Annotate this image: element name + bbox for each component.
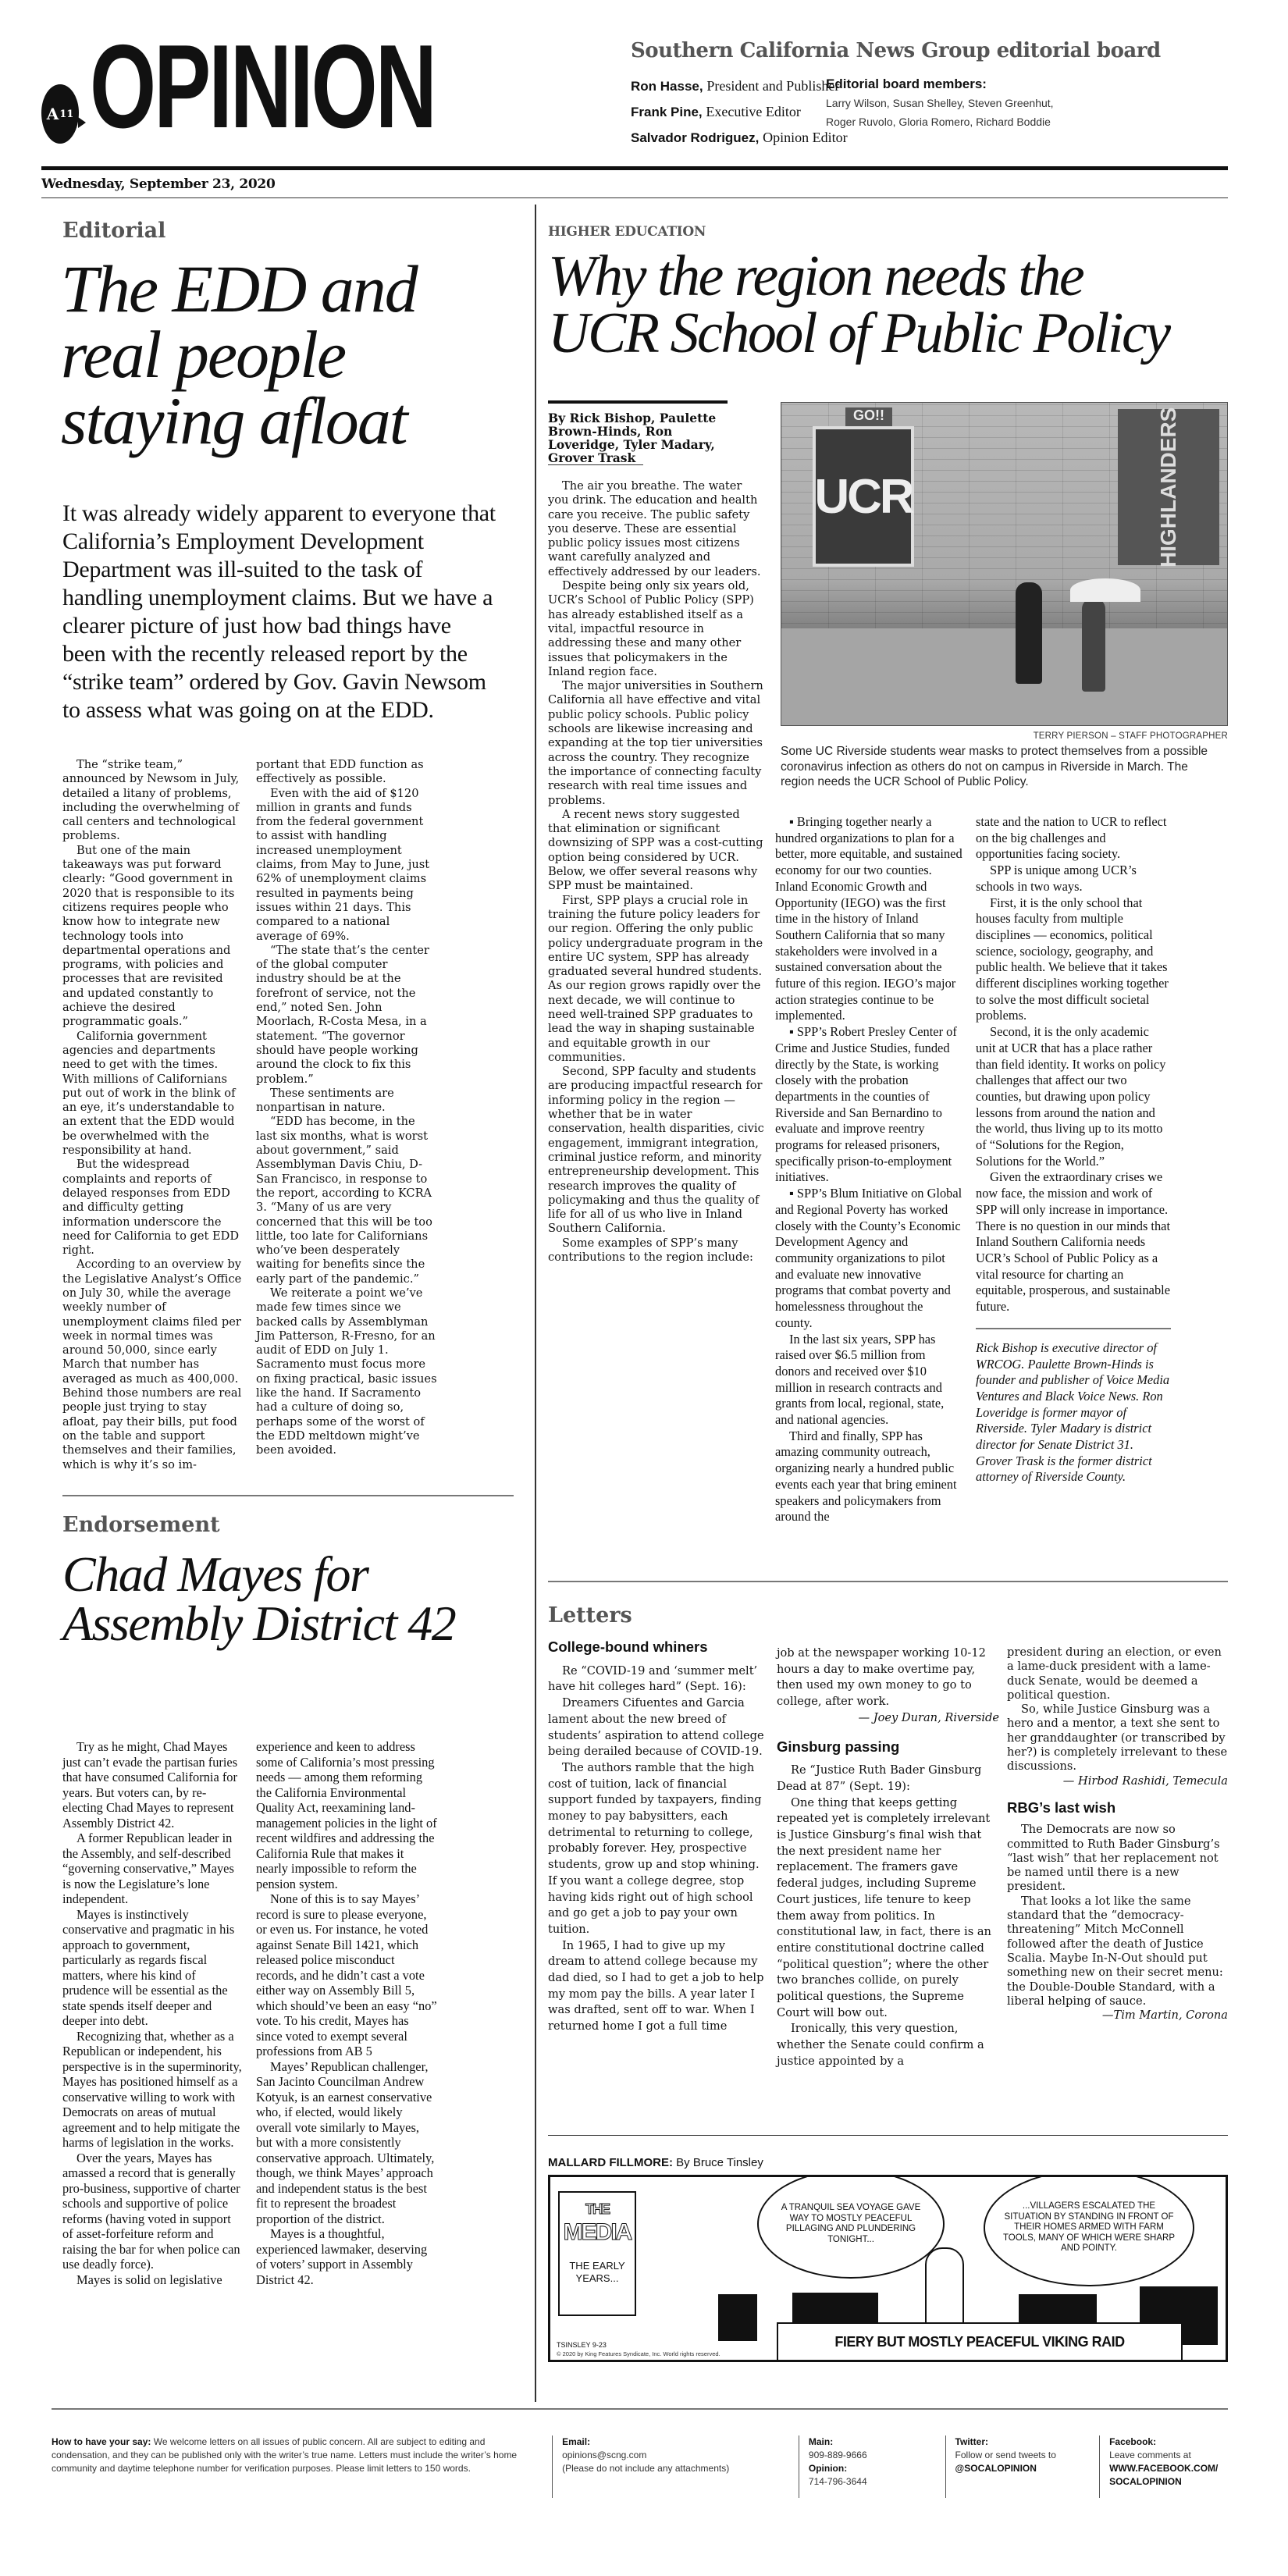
commentary-col-2: ▪ Bringing together nearly a hundred org… [775, 814, 962, 1525]
comic-rule [548, 2135, 1228, 2136]
board-heading: Southern California News Group editorial… [631, 39, 1228, 62]
footer-email: Email: opinions@scng.com (Please do not … [552, 2435, 799, 2498]
letters-col-3: president during an election, or even a … [1007, 1646, 1228, 2023]
photo-umbrella [1070, 578, 1140, 602]
commentary-headline: Why the region needs the UCR School of P… [548, 248, 1169, 361]
photo-caption: Some UC Riverside students wear masks to… [781, 744, 1218, 790]
editorial-kicker: Editorial [62, 219, 165, 243]
date-rule [41, 197, 1228, 198]
opinion-phone: 714-796-3644 [809, 2476, 867, 2487]
editorial-board: Southern California News Group editorial… [631, 39, 1228, 151]
members-list: Larry Wilson, Susan Shelley, Steven Gree… [826, 94, 1083, 131]
editorial-body: The “strike team,” announced by Newsom i… [62, 758, 509, 1472]
editorial-col-1: The “strike team,” announced by Newsom i… [62, 758, 242, 1472]
photo-sign-ucr: UCR [813, 426, 914, 567]
contact-footer: How to have your say: We welcome letters… [52, 2435, 1230, 2498]
comic-title-card: THE MEDIA THE EARLY YEARS... [558, 2191, 636, 2316]
burning-house-icon [718, 2294, 757, 2341]
staff-opinion-editor: Salvador Rodriguez, Opinion Editor [631, 125, 822, 151]
letter-headline: RBG’s last wish [1007, 1801, 1228, 1815]
footer-phones: Main: 909-889-9666 Opinion: 714-796-3644 [799, 2435, 945, 2498]
footer-rule [52, 2408, 1228, 2410]
comic-media-logo: THE MEDIA [564, 2197, 632, 2244]
byline-underline [548, 464, 643, 465]
comic-signature: TSINSLEY 9-23 [557, 2341, 607, 2349]
endorsement-col-2: experience and keen to address some of C… [256, 1739, 437, 2287]
photo-student-2 [1082, 598, 1105, 692]
comic-copyright: © 2020 by King Features Syndicate, Inc. … [557, 2350, 720, 2357]
footer-twitter: Twitter: Follow or send tweets to @SOCAL… [945, 2435, 1100, 2498]
editorial-headline: The EDD and real people staying afloat [61, 256, 417, 454]
author-bio: Rick Bishop is executive director of WRC… [976, 1340, 1171, 1485]
news-photo: GO!! UCR HIGHLANDERS [781, 402, 1228, 726]
editorial-deck: It was already widely apparent to everyo… [62, 500, 500, 724]
commentary-col-1: The air you breathe. The water you drink… [548, 479, 765, 1265]
footer-facebook: Facebook: Leave comments at WWW.FACEBOOK… [1099, 2435, 1230, 2498]
bio-rule [976, 1328, 1171, 1329]
facebook-link[interactable]: WWW.FACEBOOK.COM/ SOCALOPINION [1109, 2463, 1218, 2487]
letters-col-2: job at the newspaper working 10-12 hours… [777, 1646, 999, 2070]
letters-kicker: Letters [548, 1603, 632, 1628]
comic-label: MALLARD FILLMORE: By Bruce Tinsley [548, 2156, 763, 2169]
byline: By Rick Bishop, Paulette Brown-Hinds, Ro… [548, 411, 735, 464]
letter-headline: Ginsburg passing [777, 1739, 999, 1756]
section-rule [62, 1495, 514, 1496]
page-number-badge: A11 [41, 84, 79, 144]
staff-publisher: Ron Hasse, President and Publisher [631, 73, 822, 99]
main-phone: 909-889-9666 [809, 2449, 936, 2462]
page-letter: A [47, 105, 59, 123]
letters-col-1: College-bound whiners Re “COVID-19 and ‘… [548, 1639, 765, 2035]
page-number: 11 [59, 109, 73, 120]
board-members: Editorial board members: Larry Wilson, S… [826, 73, 1083, 151]
letter-signature: —Tim Martin, Corona [1007, 2008, 1228, 2023]
email-link[interactable]: opinions@scng.com [562, 2449, 789, 2462]
twitter-handle-link[interactable]: @SOCALOPINION [955, 2463, 1037, 2474]
section-title: OPINION [90, 28, 435, 145]
endorsement-body: Try as he might, Chad Mayes just can’t e… [62, 1739, 509, 2287]
commentary-col-3: state and the nation to UCR to reflect o… [976, 814, 1171, 1485]
speech-bubble-left: A TRANQUIL SEA VOYAGE GAVE WAY TO MOSTLY… [757, 2175, 945, 2279]
masthead: A11 OPINION Southern California News Gro… [41, 28, 1228, 169]
comic-banner: FIERY BUT MOSTLY PEACEFUL VIKING RAID [777, 2322, 1183, 2360]
endorsement-headline: Chad Mayes for Assembly District 42 [62, 1550, 455, 1648]
comic-panel: THE MEDIA THE EARLY YEARS... A TRANQUIL … [548, 2175, 1228, 2362]
byline-rule [548, 400, 728, 404]
commentary-kicker: HIGHER EDUCATION [548, 224, 706, 240]
dateline: Wednesday, September 23, 2020 [41, 176, 275, 192]
photo-banner-highlanders: HIGHLANDERS [1118, 409, 1219, 565]
letters-rule [548, 1581, 1228, 1582]
editorial-col-2: portant that EDD function as effectively… [256, 758, 437, 1472]
speech-bubble-right: ...VILLAGERS ESCALATED THE SITUATION BY … [984, 2175, 1194, 2286]
endorsement-col-1: Try as he might, Chad Mayes just can’t e… [62, 1739, 242, 2287]
letter-signature: — Hirbod Rashidi, Temecula [1007, 1774, 1228, 1788]
column-divider [535, 205, 536, 2402]
staff-list: Ron Hasse, President and Publisher Frank… [631, 73, 822, 151]
letter-headline: College-bound whiners [548, 1639, 765, 1656]
members-label: Editorial board members: [826, 76, 1083, 92]
masthead-rule [41, 166, 1228, 170]
endorsement-kicker: Endorsement [62, 1513, 220, 1537]
footer-howto: How to have your say: We welcome letters… [52, 2435, 544, 2498]
letter-signature: — Joey Duran, Riverside [777, 1710, 999, 1727]
photo-credit: TERRY PIERSON – STAFF PHOTOGRAPHER [781, 731, 1228, 741]
staff-exec-editor: Frank Pine, Executive Editor [631, 99, 822, 125]
photo-student-1 [1016, 582, 1042, 684]
comic-subtitle: THE EARLY YEARS... [560, 2260, 635, 2285]
